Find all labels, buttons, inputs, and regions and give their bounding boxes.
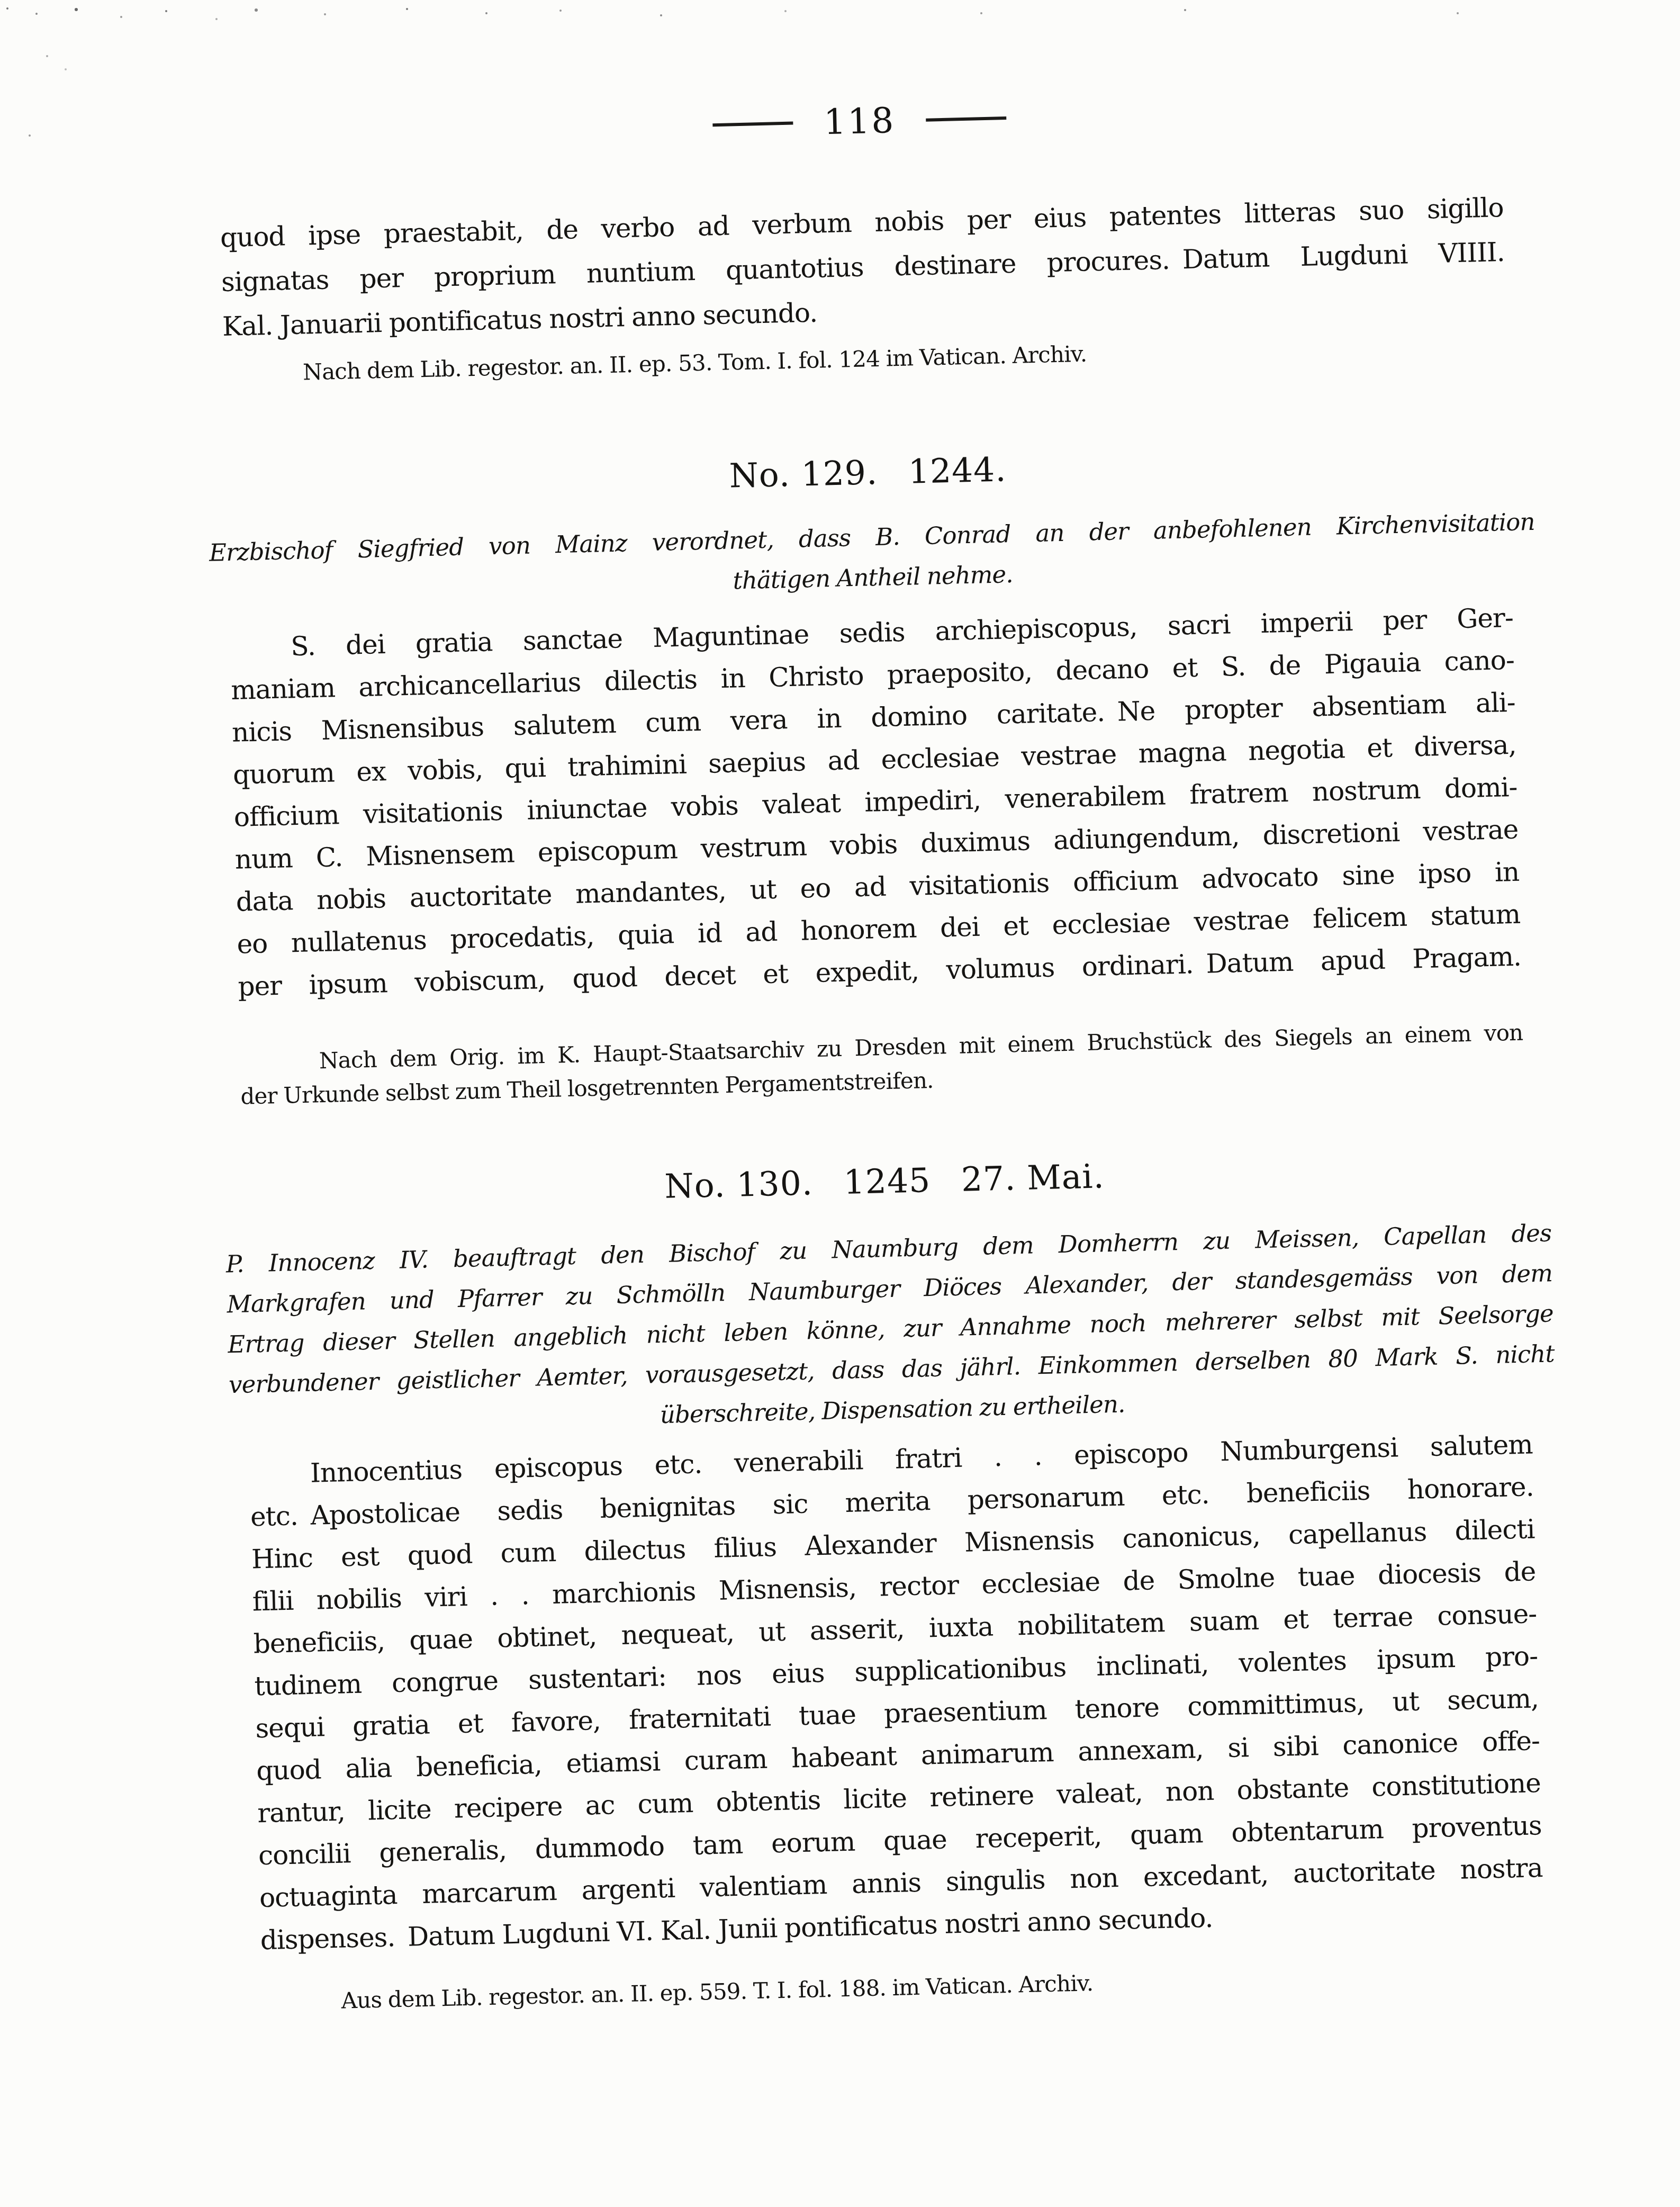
scanned-page: 118 quod ipse praestabit, de verbo ad ve…: [0, 0, 1680, 2207]
entry-130-number: No. 130.: [664, 1165, 814, 1205]
entry-130-year: 1245: [843, 1162, 931, 1201]
entry-129-latin-text: S. dei gratia sanctae Maguntinae sedis a…: [229, 597, 1521, 1008]
text-line: Aus dem Lib. regestor. an. II. ep. 559. …: [261, 1956, 1546, 2020]
entry-130-heading: No. 130. 1245 27. Mai.: [242, 1148, 1527, 1215]
entry-129-source-note: Nach dem Orig. im K. Haupt-Staatsarchiv …: [239, 1016, 1524, 1114]
header-rule-right: [926, 116, 1006, 122]
page-header: 118: [218, 89, 1502, 154]
entry-130-source-note: Aus dem Lib. regestor. an. II. ep. 559. …: [261, 1956, 1546, 2020]
page-number: 118: [824, 103, 896, 140]
entry-129-number: No. 129.: [729, 454, 878, 494]
entry-130-date: 27. Mai.: [961, 1158, 1105, 1199]
page-content: 118 quod ipse praestabit, de verbo ad ve…: [215, 0, 1546, 2020]
entry-130-regest: P. Innocenz IV. beauftragt den Bischof z…: [225, 1213, 1556, 1445]
entry-129-heading: No. 129. 1244.: [225, 439, 1510, 506]
entry-129-regest: Erzbischof Siegfried von Mainz verordnet…: [209, 502, 1536, 614]
scan-noise-speckles: [6, 7, 8, 10]
continuation-paragraph: quod ipse praestabit, de verbo ad verbum…: [220, 185, 1506, 349]
entry-130-latin-text: Innocentius episcopus etc. venerabili fr…: [249, 1423, 1544, 1961]
header-rule-left: [712, 122, 793, 127]
entry-129-year: 1244.: [908, 451, 1007, 490]
